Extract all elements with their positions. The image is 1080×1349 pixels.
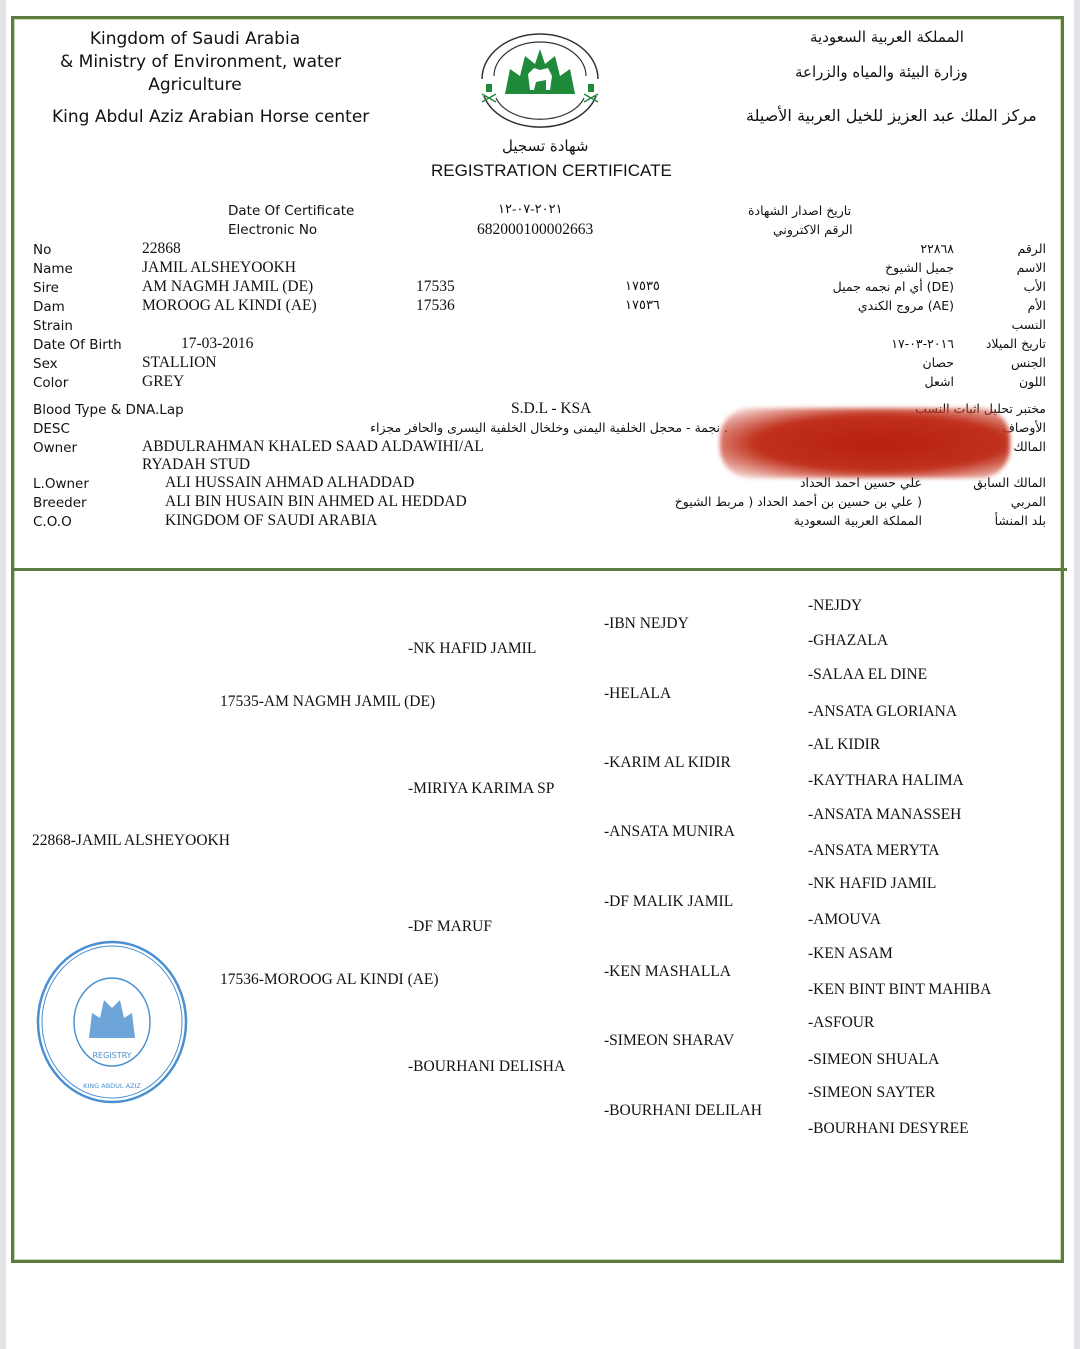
field-value-ar: (DE) أي ام نجمه جميل — [833, 279, 954, 294]
pedigree-great-grandparent: -SIMEON SHARAV — [604, 1032, 734, 1050]
lowner-label: L.Owner — [33, 476, 89, 492]
field-number: 17535 — [416, 278, 455, 296]
pedigree-grandparent: -NK HAFID JAMIL — [408, 640, 536, 658]
field-value-ar: جميل الشيوخ — [885, 260, 954, 275]
pedigree-great-great-grandparent: -ANSATA MERYTA — [808, 842, 939, 860]
owner-value-line-1: ABDULRAHMAN KHALED SAAD ALDAWIHI/AL — [142, 438, 484, 456]
field-value-ar: ٢٠١٦-٠٣-١٧ — [891, 336, 954, 351]
field-label: Sex — [33, 356, 58, 372]
header-en-line-3: Agriculture — [60, 74, 330, 97]
title-english: REGISTRATION CERTIFICATE — [431, 161, 672, 181]
field-label: Color — [33, 375, 68, 391]
pedigree-great-great-grandparent: -ANSATA GLORIANA — [808, 703, 957, 721]
pedigree-great-grandparent: -HELALA — [604, 685, 671, 703]
date-of-certificate-label-ar: تاريخ اصدار الشهادة — [748, 203, 851, 218]
title-arabic: شهادة تسجيل — [502, 137, 588, 155]
pedigree-grandparent: -BOURHANI DELISHA — [408, 1058, 565, 1076]
field-label-ar: الرقم — [1018, 241, 1046, 256]
pedigree-grandparent: -MIRIYA KARIMA SP — [408, 780, 554, 798]
page-edge-left — [0, 0, 6, 1349]
pedigree-great-great-grandparent: -ASFOUR — [808, 1014, 874, 1032]
coo-label: C.O.O — [33, 514, 72, 530]
coo-label-ar: بلد المنشأ — [995, 513, 1046, 528]
desc-label: DESC — [33, 421, 70, 437]
breeder-value-ar: ( علي بن حسين بن أحمد الحداد ( مربط الشي… — [675, 494, 922, 509]
date-of-certificate-value: ٢٠٢١-٠٧-١٢ — [498, 201, 563, 217]
pedigree-great-great-grandparent: -SALAA EL DINE — [808, 666, 927, 684]
pedigree-great-grandparent: -IBN NEJDY — [604, 615, 689, 633]
svg-text:KING ABDUL AZIZ: KING ABDUL AZIZ — [83, 1082, 141, 1090]
owner-label: Owner — [33, 440, 77, 456]
field-value: GREY — [142, 373, 184, 391]
field-label-ar: تاريخ الميلاد — [986, 336, 1046, 351]
electronic-no-value: 682000100002663 — [477, 221, 593, 239]
section-divider — [11, 568, 1067, 571]
lowner-value: ALI HUSSAIN AHMAD ALHADDAD — [165, 474, 414, 492]
redaction-mark — [720, 408, 1010, 478]
svg-text:REGISTRY: REGISTRY — [92, 1051, 131, 1060]
horse-emblem-logo-icon — [470, 24, 610, 139]
desc-value-ar: . نجمة - محجل الخلفية اليمنى وخلخال الخل… — [370, 420, 728, 435]
lowner-value-ar: علي حسين احمد الحداد — [800, 475, 922, 490]
field-value-ar: ٢٢٨٦٨ — [920, 241, 954, 256]
pedigree-great-great-grandparent: -AMOUVA — [808, 911, 881, 929]
field-label: Name — [33, 261, 73, 277]
field-value: 22868 — [142, 240, 181, 258]
owner-label-ar: المالك — [1013, 439, 1046, 454]
pedigree-great-great-grandparent: -NK HAFID JAMIL — [808, 875, 936, 893]
header-en-line-2: & Ministry of Environment, water — [60, 51, 330, 74]
pedigree-great-great-grandparent: -GHAZALA — [808, 632, 888, 650]
header-english: Kingdom of Saudi Arabia & Ministry of En… — [60, 28, 330, 97]
field-value: 17-03-2016 — [181, 335, 253, 353]
field-value: JAMIL ALSHEYOOKH — [142, 259, 296, 277]
field-value-ar: اشعل — [925, 374, 954, 389]
header-en-line-1: Kingdom of Saudi Arabia — [60, 28, 330, 51]
pedigree-great-great-grandparent: -NEJDY — [808, 597, 862, 615]
pedigree-great-great-grandparent: -KEN BINT BINT MAHIBA — [808, 981, 991, 999]
field-label: No — [33, 242, 51, 258]
pedigree-great-great-grandparent: -KAYTHARA HALIMA — [808, 772, 964, 790]
field-number: 17536 — [416, 297, 455, 315]
field-label-ar: الاسم — [1017, 260, 1046, 275]
coo-value-ar: المملكة العربية السعودية — [794, 513, 922, 528]
field-label: Sire — [33, 280, 59, 296]
field-number-ar: ١٧٥٣٥ — [625, 279, 660, 294]
pedigree-sire: 17535-AM NAGMH JAMIL (DE) — [220, 693, 435, 711]
pedigree-great-great-grandparent: -KEN ASAM — [808, 945, 893, 963]
registry-seal-stamp-icon: REGISTRY KING ABDUL AZIZ — [34, 938, 190, 1106]
field-label: Strain — [33, 318, 73, 334]
header-ar-line-2: وزارة البيئة والمياه والزراعة — [795, 63, 968, 81]
pedigree-grandparent: -DF MARUF — [408, 918, 492, 936]
blood-type-label: Blood Type & DNA.Lap — [33, 402, 184, 418]
pedigree-dam: 17536-MOROOG AL KINDI (AE) — [220, 971, 439, 989]
pedigree-great-grandparent: -ANSATA MUNIRA — [604, 823, 735, 841]
field-value: MOROOG AL KINDI (AE) — [142, 297, 317, 315]
field-label-ar: الجنس — [1011, 355, 1046, 370]
blood-type-value: S.D.L - KSA — [511, 400, 591, 418]
pedigree-great-grandparent: -DF MALIK JAMIL — [604, 893, 733, 911]
page-edge-right — [1074, 0, 1080, 1349]
breeder-label-ar: المربي — [1011, 494, 1046, 509]
field-number-ar: ١٧٥٣٦ — [625, 298, 660, 313]
field-label-ar: النسب — [1012, 317, 1046, 332]
header-ar-line-1: المملكة العربية السعودية — [810, 28, 964, 46]
field-label-ar: الأب — [1024, 279, 1046, 294]
pedigree-great-great-grandparent: -ANSATA MANASSEH — [808, 806, 961, 824]
breeder-label: Breeder — [33, 495, 87, 511]
owner-value-line-2: RYADAH STUD — [142, 456, 250, 474]
field-label: Date Of Birth — [33, 337, 122, 353]
electronic-no-label: Electronic No — [228, 222, 317, 238]
date-of-certificate-label: Date Of Certificate — [228, 203, 354, 219]
pedigree-horse: 22868-JAMIL ALSHEYOOKH — [32, 832, 230, 850]
field-label-ar: اللون — [1019, 374, 1046, 389]
electronic-no-label-ar: الرقم الاكتروني — [773, 222, 853, 237]
field-label: Dam — [33, 299, 65, 315]
pedigree-great-great-grandparent: -AL KIDIR — [808, 736, 880, 754]
pedigree-great-great-grandparent: -SIMEON SHUALA — [808, 1051, 939, 1069]
pedigree-great-grandparent: -BOURHANI DELILAH — [604, 1102, 762, 1120]
lowner-label-ar: المالك السابق — [973, 475, 1046, 490]
field-value: STALLION — [142, 354, 217, 372]
pedigree-great-grandparent: -KEN MASHALLA — [604, 963, 731, 981]
field-label-ar: الأم — [1028, 298, 1046, 313]
coo-value: KINGDOM OF SAUDI ARABIA — [165, 512, 377, 530]
breeder-value: ALI BIN HUSAIN BIN AHMED AL HEDDAD — [165, 493, 467, 511]
field-value: AM NAGMH JAMIL (DE) — [142, 278, 313, 296]
header-ar-line-3: مركز الملك عبد العزيز للخيل العربية الأص… — [746, 106, 1037, 125]
pedigree-great-great-grandparent: -SIMEON SAYTER — [808, 1084, 935, 1102]
pedigree-great-grandparent: -KARIM AL KIDIR — [604, 754, 731, 772]
field-value-ar: (AE) مروج الكندي — [858, 298, 954, 313]
field-value-ar: حصان — [922, 355, 954, 370]
pedigree-great-great-grandparent: -BOURHANI DESYREE — [808, 1120, 969, 1138]
header-center-name: King Abdul Aziz Arabian Horse center — [52, 106, 344, 129]
